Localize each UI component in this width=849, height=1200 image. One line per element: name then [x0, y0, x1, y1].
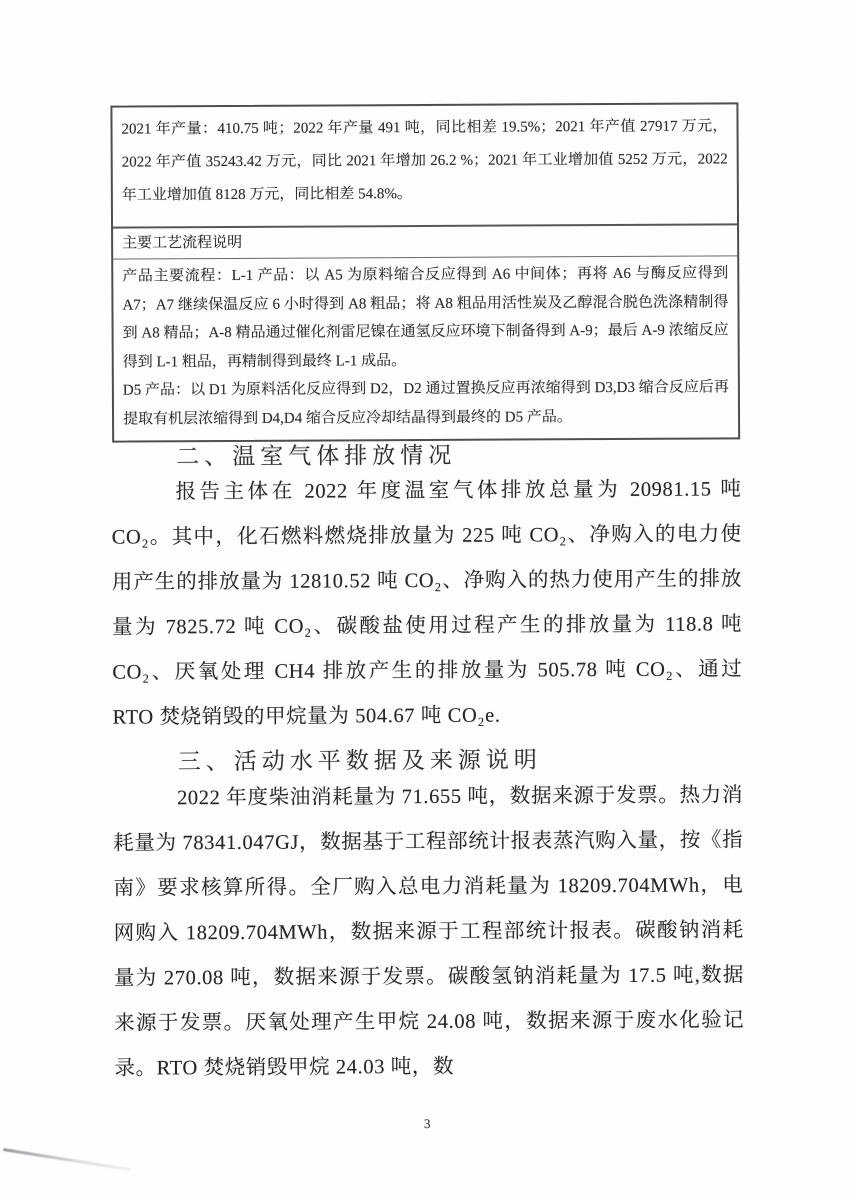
l1-process-text: 产品主要流程：L-1 产品：以 A5 为原料缩合反应得到 A6 中间体；再将 A… [122, 259, 729, 376]
production-summary-cell: 2021 年产量：410.75 吨；2022 年产量 491 吨，同比相差 19… [112, 104, 737, 226]
process-description-cell: 产品主要流程：L-1 产品：以 A5 为原料缩合反应得到 A6 中间体；再将 A… [113, 256, 738, 440]
page-content: 2021 年产量：410.75 吨；2022 年产量 491 吨，同比相差 19… [0, 0, 849, 1200]
scanned-document-page: 2021 年产量：410.75 吨；2022 年产量 491 吨，同比相差 19… [0, 0, 849, 1200]
d5-process-text: D5 产品：以 D1 为原料活化反应得到 D2，D2 通过置换反应再浓缩得到 D… [123, 373, 729, 433]
section-2-paragraph: 报告主体在 2022 年度温室气体排放总量为 20981.15 吨 CO₂。其中… [111, 467, 742, 740]
page-number: 3 [3, 1114, 849, 1134]
section-2-heading: 二、温室气体排放情况 [176, 437, 456, 471]
process-flow-header-cell: 主要工艺流程说明 [113, 223, 737, 259]
section-3-heading: 三、活动水平数据及来源说明 [178, 741, 542, 776]
process-info-table: 2021 年产量：410.75 吨；2022 年产量 491 吨，同比相差 19… [110, 102, 740, 442]
section-3-paragraph: 2022 年度柴油消耗量为 71.655 吨，数据来源于发票。热力消耗量为 78… [113, 773, 745, 1091]
